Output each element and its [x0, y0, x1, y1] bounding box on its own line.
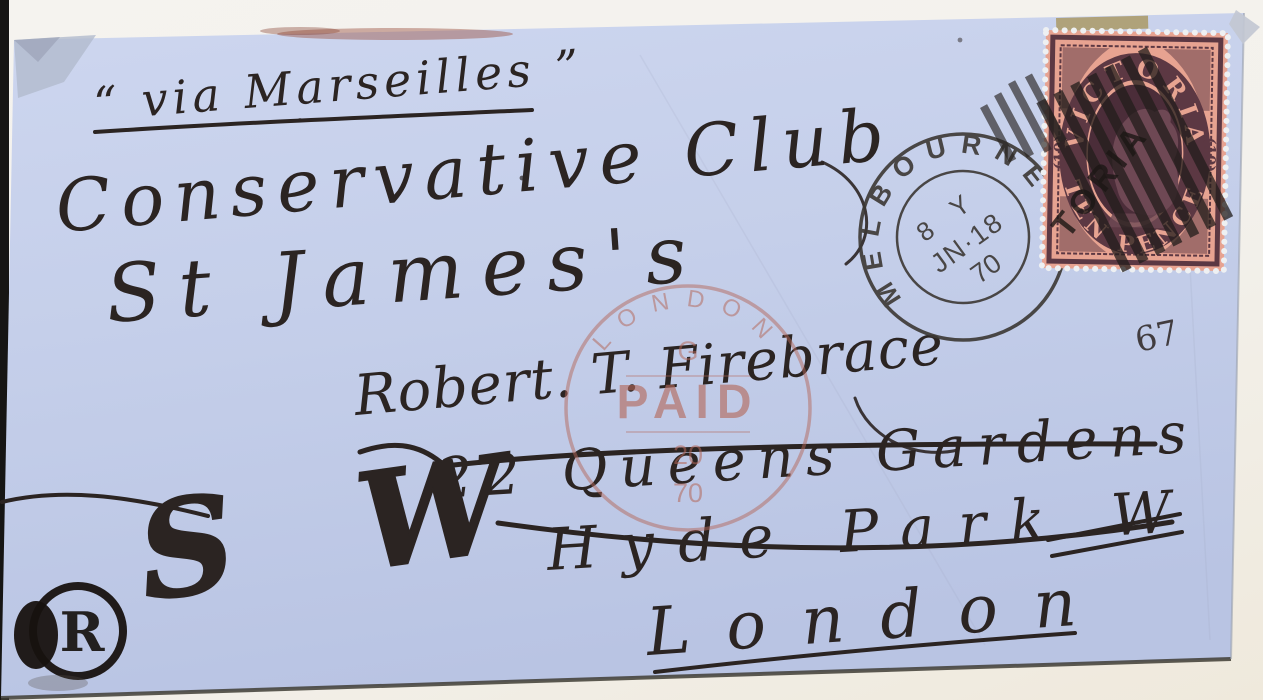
registered-letter: R — [60, 600, 106, 664]
paid-cds-code: G — [677, 336, 698, 366]
ink-speck — [520, 176, 525, 181]
paid-cds-day: 20 — [673, 440, 703, 470]
envelope-scan: “ via Marseilles ” Conservative Club St … — [0, 0, 1263, 700]
ink-speck — [298, 118, 302, 122]
scanned-cover-image: “ via Marseilles ” Conservative Club St … — [0, 0, 1263, 700]
ink-speck — [958, 38, 963, 43]
ink-smudge — [28, 675, 88, 691]
ink-blob — [14, 601, 58, 669]
paid-cds-word: PAID — [616, 376, 759, 429]
top-edge-stain-small — [260, 27, 340, 35]
paid-cds-year: 70 — [673, 478, 703, 508]
